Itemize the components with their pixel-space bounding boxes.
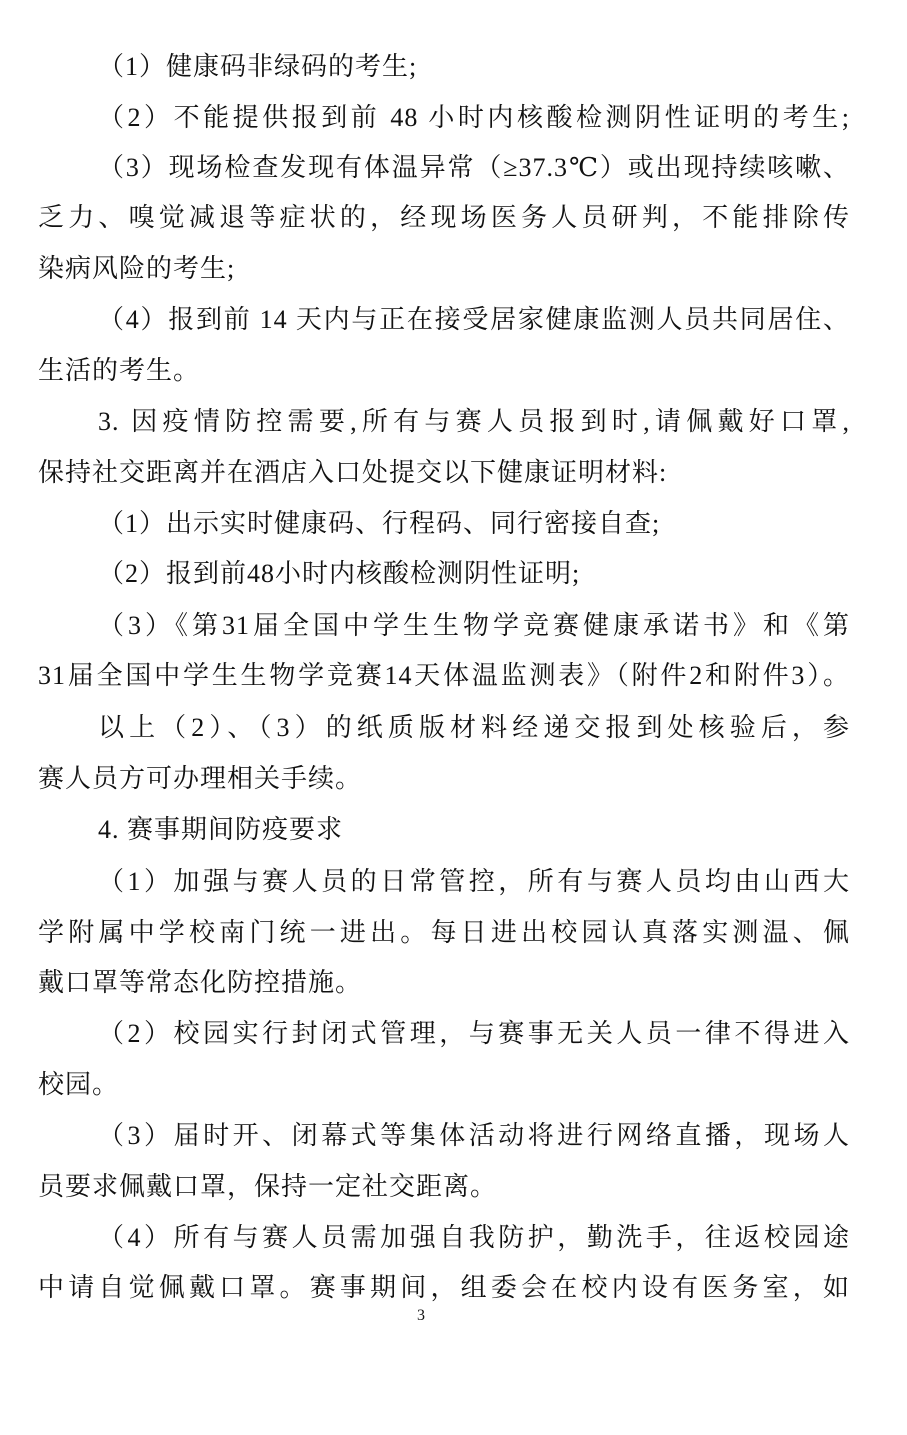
text-line: （3）现场检查发现有体温异常（≥37.3℃）或出现持续咳嗽、 [98, 148, 850, 188]
text-line: （2）不能提供报到前 48 小时内核酸检测阴性证明的考生; [98, 98, 850, 138]
text-line: （3）《第31届全国中学生生物学竞赛健康承诺书》和《第 [98, 606, 850, 646]
text-line: （1）健康码非绿码的考生; [98, 47, 850, 87]
document-page: （1）健康码非绿码的考生; （2）不能提供报到前 48 小时内核酸检测阴性证明的… [0, 0, 907, 1435]
text-line: （3）届时开、闭幕式等集体活动将进行网络直播，现场人 [98, 1116, 850, 1156]
section-heading-line: 4. 赛事期间防疫要求 [98, 810, 850, 850]
text-line: 以上（2）、（3）的纸质版材料经递交报到处核验后，参 [98, 708, 850, 748]
text-line: 戴口罩等常态化防控措施。 [38, 963, 850, 1003]
text-line: （1）出示实时健康码、行程码、同行密接自查; [98, 504, 850, 544]
text-line: （4）所有与赛人员需加强自我防护，勤洗手，往返校园途 [98, 1218, 850, 1258]
text-line: 员要求佩戴口罩，保持一定社交距离。 [38, 1167, 850, 1207]
text-line: 染病风险的考生; [38, 249, 850, 289]
text-line: 生活的考生。 [38, 351, 850, 391]
text-line: （2）校园实行封闭式管理，与赛事无关人员一律不得进入 [98, 1014, 850, 1054]
text-line: （1）加强与赛人员的日常管控，所有与赛人员均由山西大 [98, 862, 850, 902]
text-line: 赛人员方可办理相关手续。 [38, 759, 850, 799]
text-line: 保持社交距离并在酒店入口处提交以下健康证明材料: [38, 453, 850, 493]
text-line: 中请自觉佩戴口罩。赛事期间，组委会在校内设有医务室，如 [38, 1268, 850, 1308]
text-line: 学附属中学校南门统一进出。每日进出校园认真落实测温、佩 [38, 913, 850, 953]
text-line: 31届全国中学生生物学竞赛14天体温监测表》（附件2和附件3）。 [38, 656, 850, 696]
text-line: （2）报到前48小时内核酸检测阴性证明; [98, 554, 850, 594]
text-line: 校园。 [38, 1065, 850, 1105]
section-heading-line: 3. 因疫情防控需要,所有与赛人员报到时,请佩戴好口罩, [98, 402, 850, 442]
page-number: 3 [0, 1306, 842, 1326]
text-line: 乏力、嗅觉减退等症状的，经现场医务人员研判，不能排除传 [38, 198, 850, 238]
text-line: （4）报到前 14 天内与正在接受居家健康监测人员共同居住、 [98, 300, 850, 340]
